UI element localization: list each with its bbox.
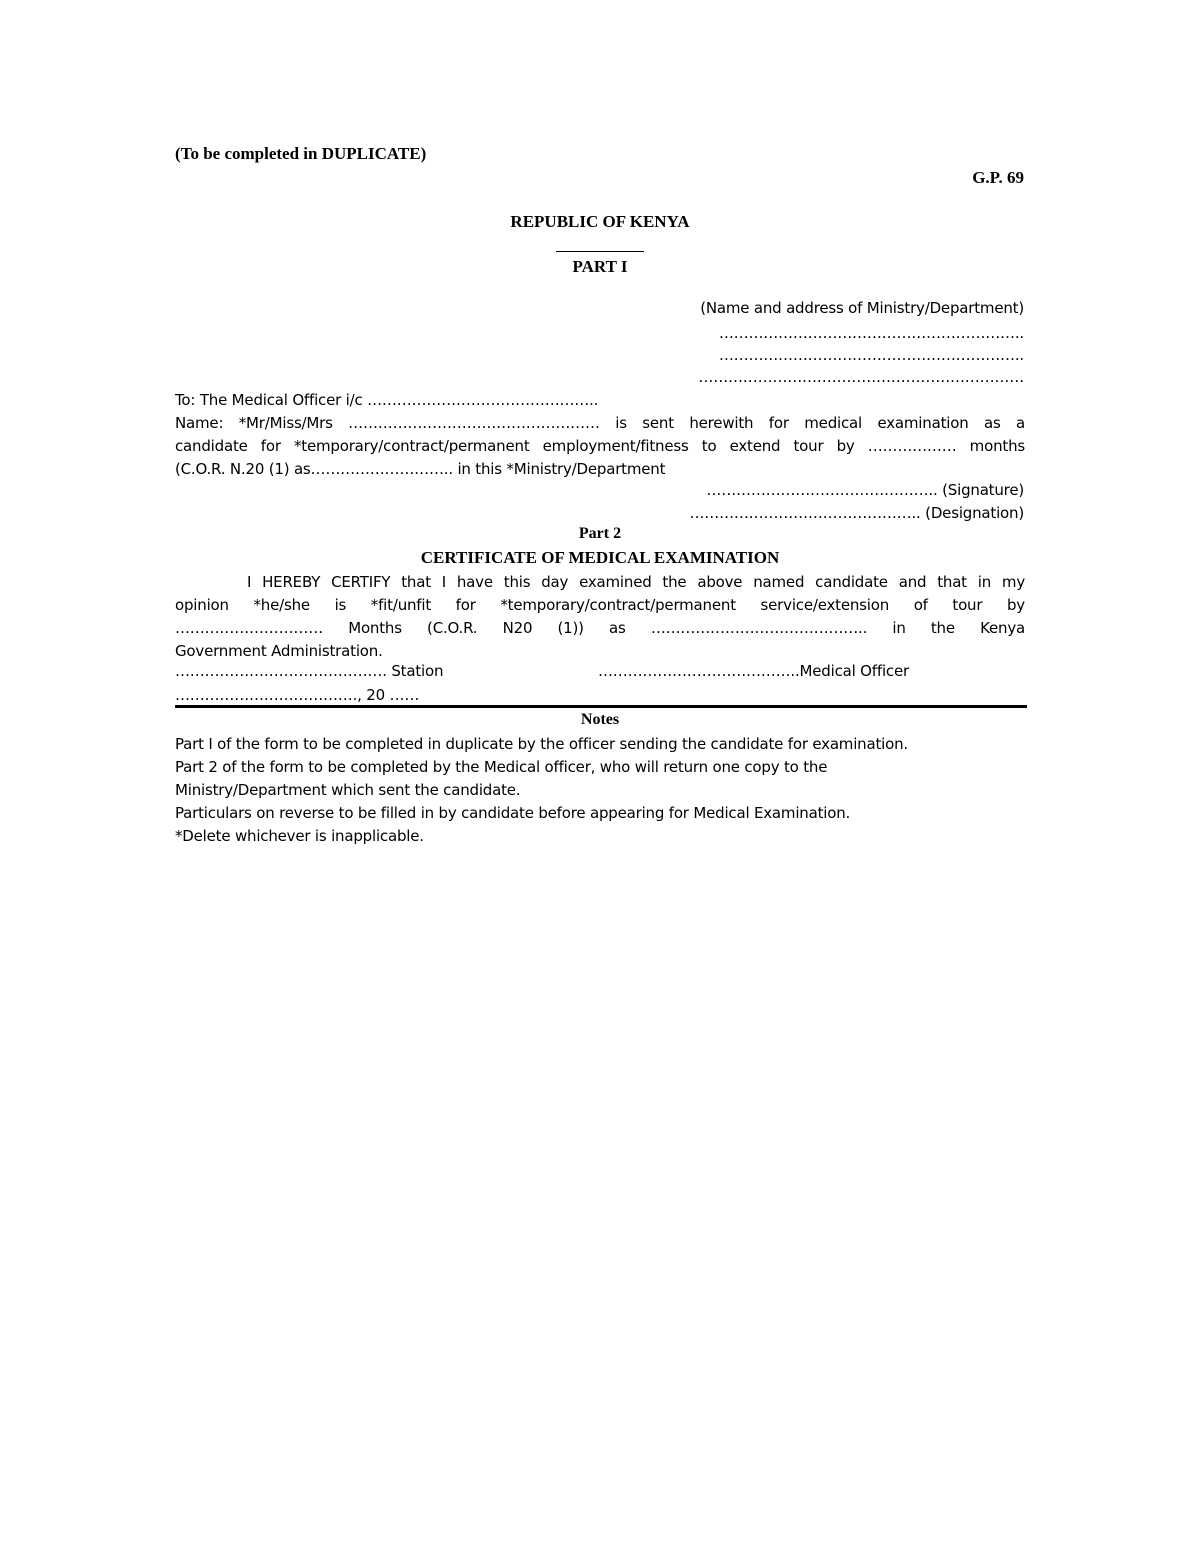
notes-list: Part I of the form to be completed in du…	[175, 733, 1025, 848]
certify-line-2: opinion *he/she is *fit/unfit for *tempo…	[175, 594, 1025, 617]
note-item: Part 2 of the form to be completed by th…	[175, 756, 1025, 779]
ministry-line-2[interactable]: ……………………………………………………..	[719, 346, 1024, 364]
ministry-line-3[interactable]: …………………………………………………………	[698, 368, 1024, 386]
document-page: (To be completed in DUPLICATE) G.P. 69 R…	[0, 0, 1200, 1553]
notes-title: Notes	[0, 711, 1200, 729]
section-divider	[175, 705, 1027, 708]
signature-field[interactable]: ……………………………………….. (Signature)	[706, 481, 1024, 499]
date-field[interactable]: ………………………………., 20 ……	[175, 686, 419, 704]
note-item: *Delete whichever is inapplicable.	[175, 825, 1025, 848]
part2-title: Part 2	[0, 525, 1200, 543]
note-item: Particulars on reverse to be filled in b…	[175, 802, 1025, 825]
heading-divider	[556, 251, 644, 252]
employment-type-line[interactable]: candidate for *temporary/contract/perman…	[175, 435, 1025, 458]
station-field[interactable]: ……………………………………. Station	[175, 662, 443, 680]
certify-line-3[interactable]: ………………………… Months (C.O.R. N20 (1)) as ………	[175, 617, 1025, 640]
designation-field[interactable]: ……………………………………….. (Designation)	[689, 504, 1024, 522]
duplicate-note: (To be completed in DUPLICATE)	[175, 144, 426, 164]
part1-body: To: The Medical Officer i/c …………………………………	[175, 389, 1025, 481]
certify-line-4: Government Administration.	[175, 640, 1025, 663]
certificate-body: I HEREBY CERTIFY that I have this day ex…	[175, 571, 1025, 663]
certify-line-1: I HEREBY CERTIFY that I have this day ex…	[175, 571, 1025, 594]
ministry-line-1[interactable]: ……………………………………………………..	[719, 324, 1024, 342]
certificate-title: CERTIFICATE OF MEDICAL EXAMINATION	[0, 548, 1200, 568]
note-item: Ministry/Department which sent the candi…	[175, 779, 1025, 802]
part1-title: PART I	[0, 257, 1200, 277]
cor-line[interactable]: (C.O.R. N.20 (1) as……………………….. in this *…	[175, 458, 1025, 481]
republic-heading: REPUBLIC OF KENYA	[0, 212, 1200, 232]
form-code: G.P. 69	[972, 168, 1024, 188]
note-item: Part I of the form to be completed in du…	[175, 733, 1025, 756]
to-medical-officer-line[interactable]: To: The Medical Officer i/c …………………………………	[175, 389, 1025, 412]
medical-officer-field[interactable]: …………………………………..Medical Officer	[598, 662, 909, 680]
candidate-name-line[interactable]: Name: *Mr/Miss/Mrs …………………………………………… is …	[175, 412, 1025, 435]
ministry-label: (Name and address of Ministry/Department…	[700, 299, 1024, 317]
